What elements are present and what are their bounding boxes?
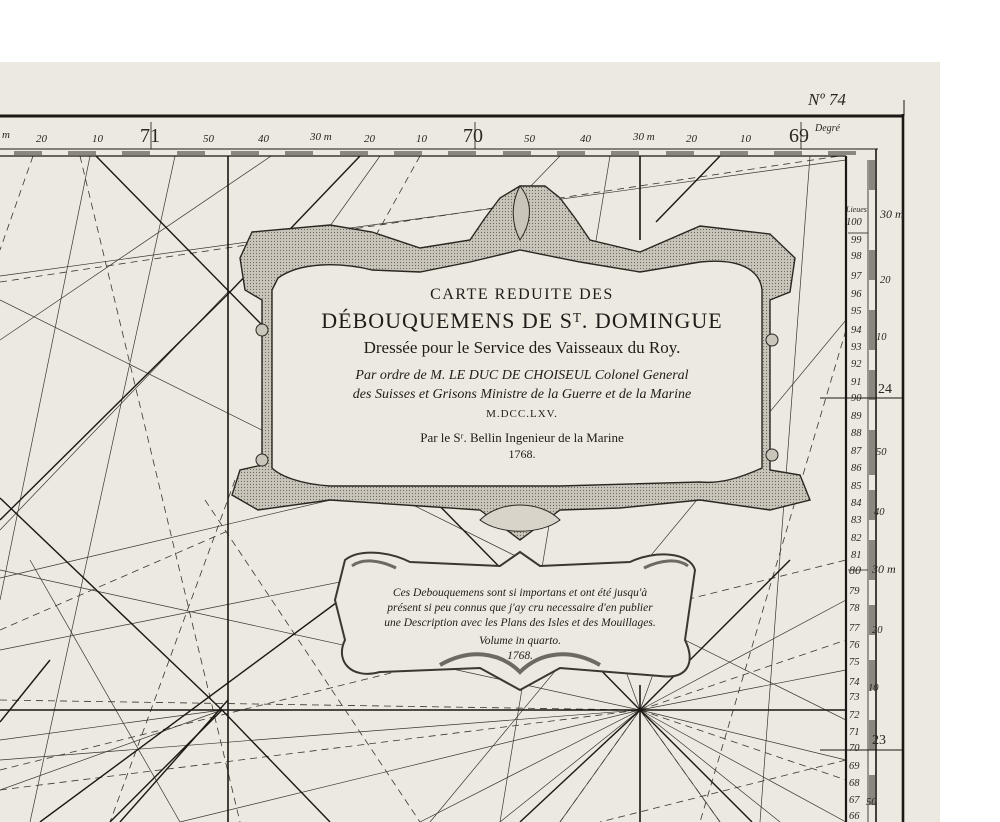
- minute-label: 10: [876, 333, 887, 344]
- league-label: 86: [851, 464, 862, 475]
- title-line-5: des Suisses et Grisons Ministre de la Gu…: [282, 387, 762, 403]
- longitude-label: 50: [524, 134, 535, 145]
- title-line-3: Dressée pour le Service des Vaisseaux du…: [282, 338, 762, 358]
- league-label: 94: [851, 326, 862, 337]
- longitude-label: 20: [686, 134, 697, 145]
- title-cartouche: CARTE REDUITE DES DÉBOUQUEMENS DE Sᵀ. DO…: [282, 284, 762, 462]
- title-line-4: Par ordre de M. LE DUC DE CHOISEUL Colon…: [282, 368, 762, 384]
- note-line-2: présent si peu connus que j'ay cru neces…: [350, 601, 690, 616]
- longitude-label: 40: [258, 134, 269, 145]
- longitude-label: 50: [203, 134, 214, 145]
- league-label: 84: [851, 499, 862, 510]
- longitude-label: 71: [140, 126, 160, 146]
- title-line-2: DÉBOUQUEMENS DE Sᵀ. DOMINGUE: [282, 308, 762, 334]
- note-line-3: une Description avec les Plans des Isles…: [350, 616, 690, 631]
- minute-label: 20: [872, 626, 883, 637]
- longitude-label: 10: [740, 134, 751, 145]
- league-label: 80: [849, 564, 861, 576]
- league-label: 69: [849, 762, 860, 773]
- league-label: 72: [849, 711, 860, 722]
- latitude-degree: 23: [872, 733, 886, 749]
- league-label: 79: [849, 587, 860, 598]
- league-label: 97: [851, 272, 862, 283]
- longitude-label: 69: [789, 126, 809, 146]
- longitude-label: m: [2, 130, 10, 141]
- minute-label: 50: [876, 448, 887, 459]
- league-label: 85: [851, 482, 862, 493]
- minute-label: 30 m: [880, 208, 904, 220]
- league-label: 76: [849, 641, 860, 652]
- league-label: 92: [851, 360, 862, 371]
- minute-label: 50: [866, 798, 877, 809]
- longitude-label: 30 m: [633, 132, 655, 143]
- league-label: 91: [851, 378, 862, 389]
- league-label: 66: [849, 812, 860, 822]
- league-label: 71: [849, 728, 860, 739]
- league-label: 100: [846, 218, 862, 229]
- note-line-1: Ces Debouquemens sont si importans et on…: [350, 586, 690, 601]
- league-label: 98: [851, 252, 862, 263]
- note-line-5: 1768.: [350, 649, 690, 664]
- minute-label: 20: [880, 276, 891, 287]
- league-label: 89: [851, 412, 862, 423]
- league-label: 78: [849, 604, 860, 615]
- league-label: 88: [851, 429, 862, 440]
- league-label: 87: [851, 447, 862, 458]
- league-label: 95: [851, 307, 862, 318]
- league-label: 70: [849, 744, 860, 755]
- longitude-label: 20: [36, 134, 47, 145]
- league-label: 81: [851, 551, 862, 562]
- longitude-label: 10: [92, 134, 103, 145]
- longitude-label: 10: [416, 134, 427, 145]
- league-label: 93: [851, 343, 862, 354]
- league-label: 73: [849, 693, 860, 704]
- longitude-label: 20: [364, 134, 375, 145]
- longitude-label: 30 m: [310, 132, 332, 143]
- minute-label: 30 m: [872, 563, 896, 575]
- note-cartouche: Ces Debouquemens sont si importans et on…: [350, 586, 690, 664]
- leagues-header: Lieues: [846, 206, 867, 214]
- league-label: 68: [849, 779, 860, 790]
- league-label: 96: [851, 290, 862, 301]
- note-line-4: Volume in quarto.: [350, 634, 690, 649]
- league-label: 74: [849, 678, 860, 689]
- title-line-8: 1768.: [282, 447, 762, 462]
- title-line-1: CARTE REDUITE DES: [282, 286, 762, 304]
- league-label: 99: [851, 236, 862, 247]
- league-label: 67: [849, 796, 860, 807]
- longitude-label: 70: [463, 126, 483, 146]
- league-label: 75: [849, 658, 860, 669]
- longitude-label: Degré: [815, 124, 840, 134]
- minute-label: 40: [874, 508, 885, 519]
- league-label: 82: [851, 534, 862, 545]
- plate-number: Nº 74: [808, 90, 846, 110]
- minute-label: 10: [868, 684, 879, 695]
- league-label: 83: [851, 516, 862, 527]
- title-line-7: Par le Sʳ. Bellin Ingenieur de la Marine: [282, 430, 762, 446]
- latitude-degree: 24: [878, 382, 892, 398]
- title-line-6: M.DCC.LXV.: [282, 408, 762, 420]
- league-label: 90: [851, 394, 862, 405]
- league-label: 77: [849, 624, 860, 635]
- longitude-label: 40: [580, 134, 591, 145]
